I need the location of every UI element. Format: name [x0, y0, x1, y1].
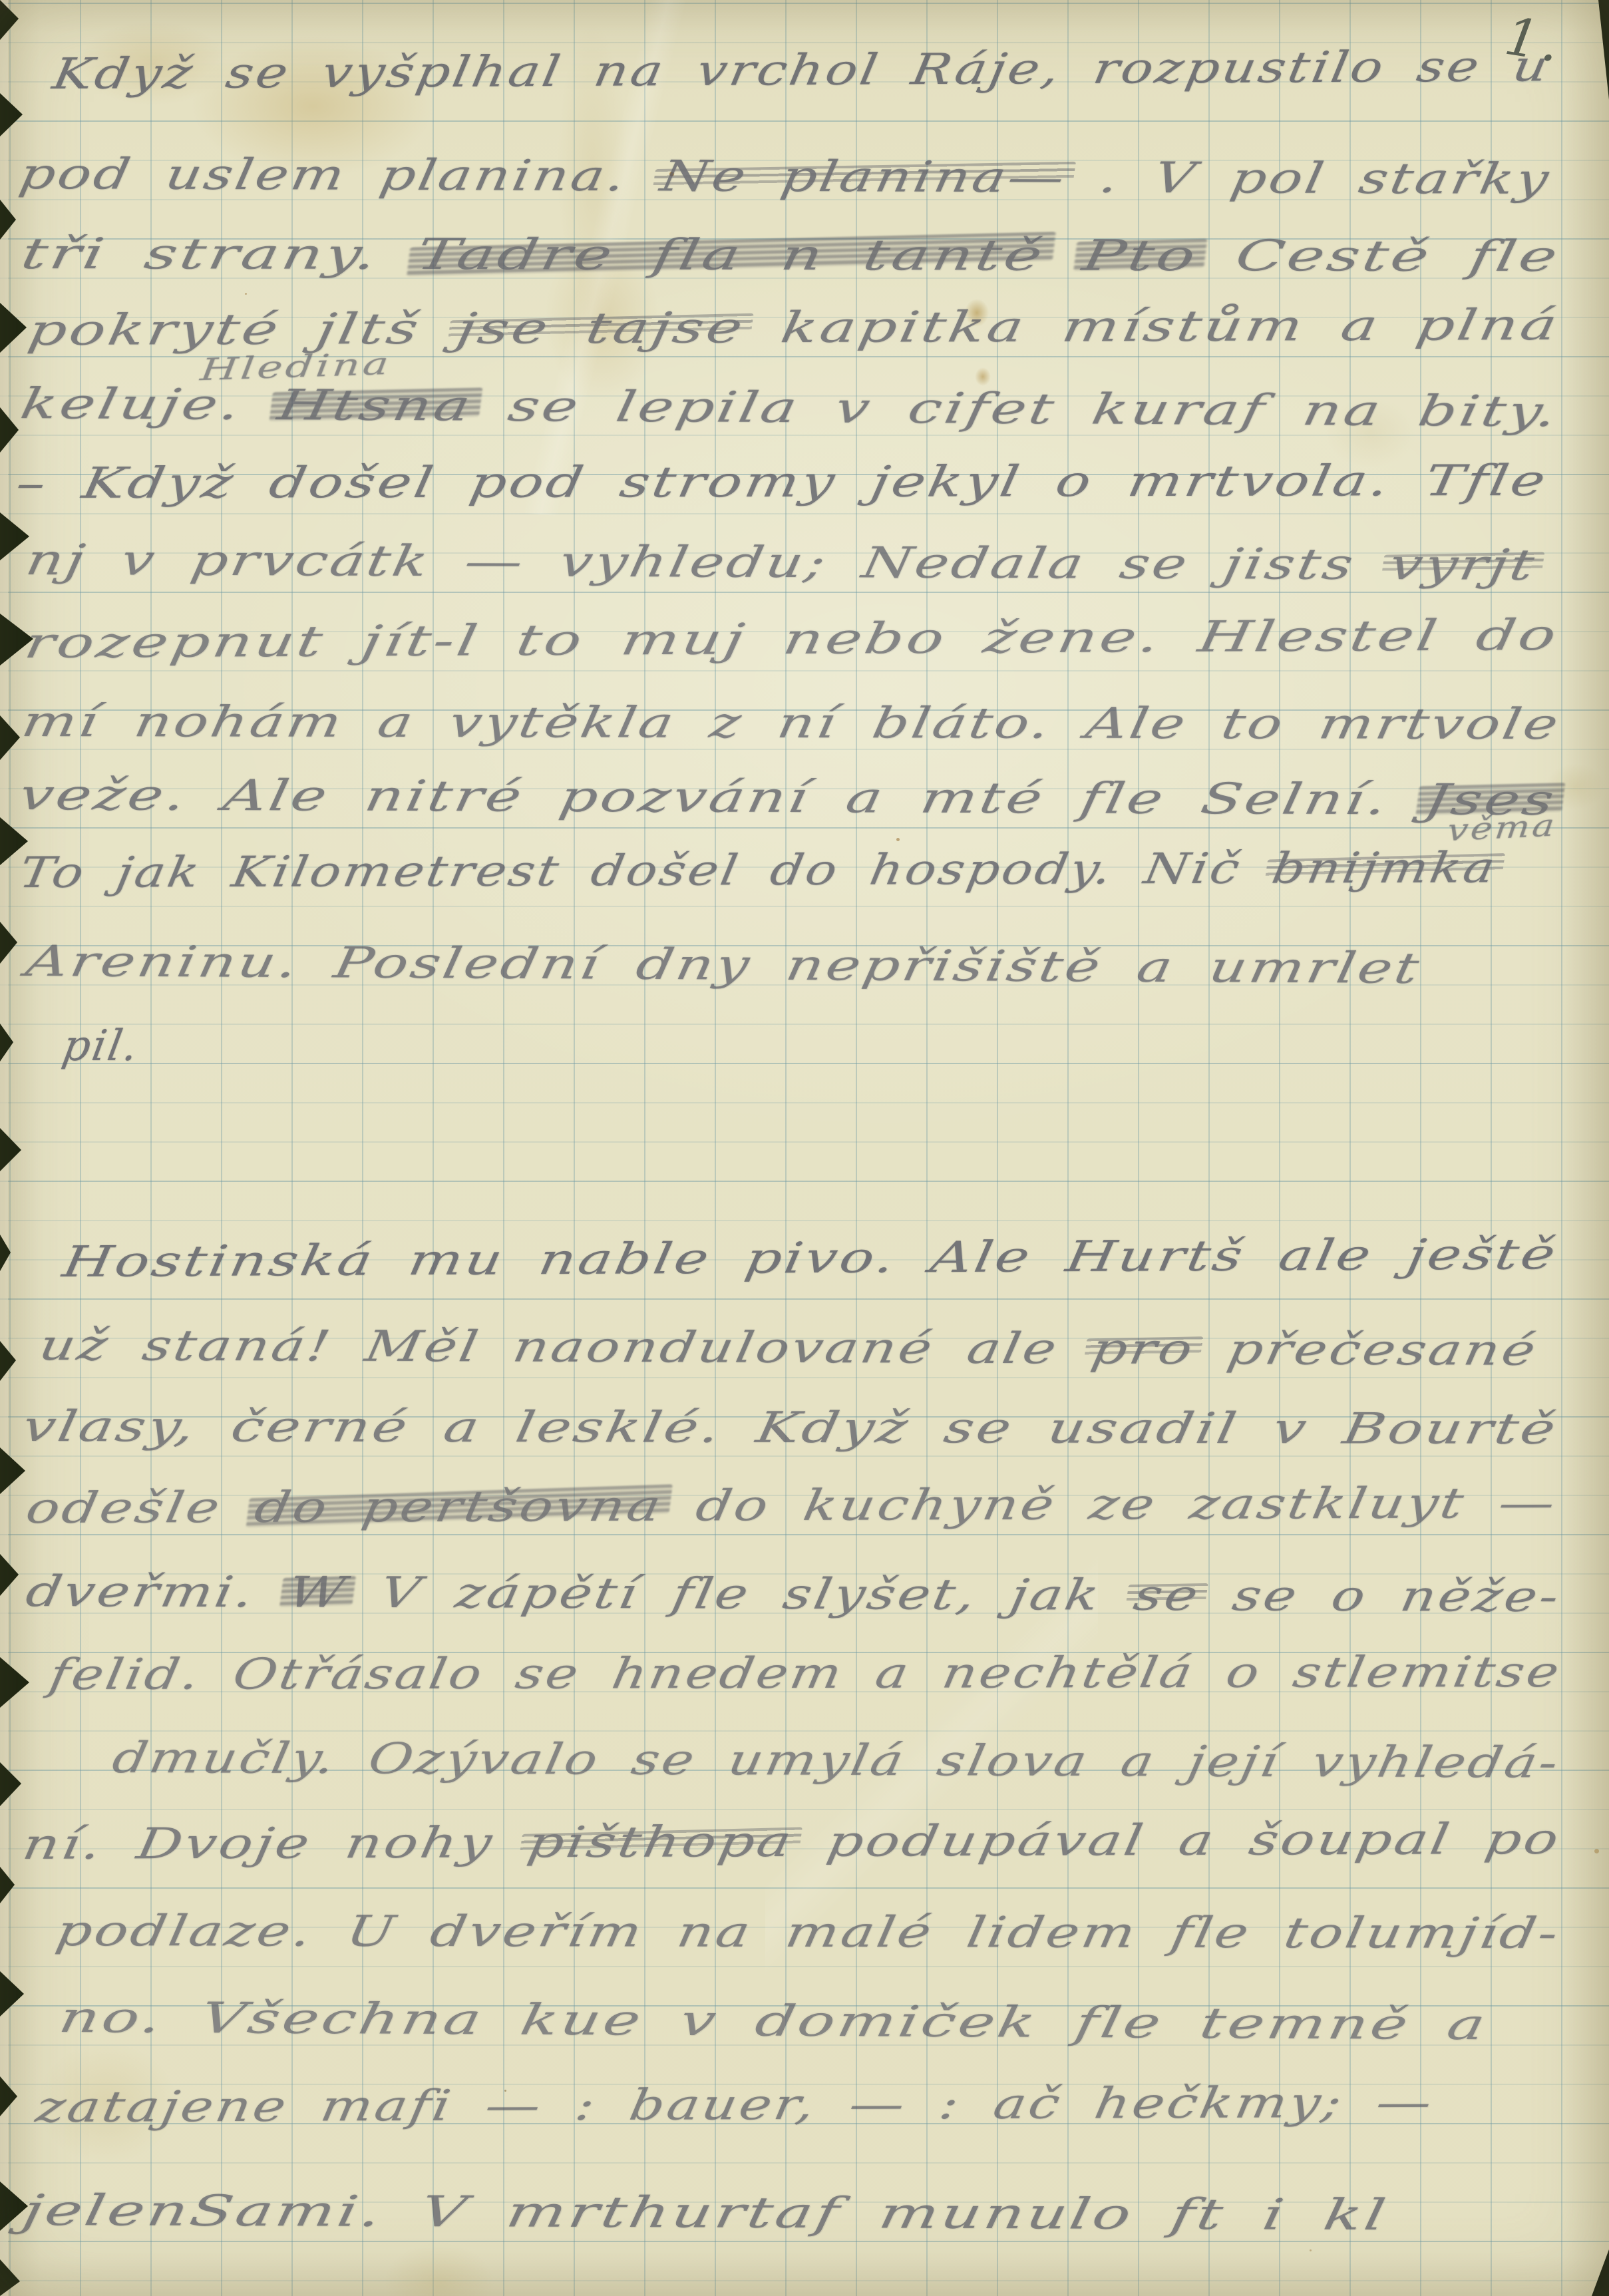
struck-text: pišthopa: [524, 1818, 797, 1867]
handwritten-line: Když se vyšplhal na vrchol Ráje, rozpust…: [49, 42, 1554, 99]
handwritten-text: Když se vyšplhal na vrchol Ráje, rozpust…: [49, 42, 1554, 99]
struck-text: pro: [1087, 1325, 1198, 1374]
handwritten-text: pil.: [59, 1022, 143, 1071]
handwritten-line: pod uslem planina. Ne planina— . V pol s…: [15, 150, 1554, 204]
handwritten-line: no. Všechna kue v domiček fle temně a: [55, 1993, 1491, 2050]
handwritten-text: ní. Dvoje nohy: [19, 1818, 532, 1869]
handwritten-line: veže. Ale nitré pozvání a mté fle Selní.…: [15, 771, 1560, 825]
handwritten-text: odešle: [23, 1483, 260, 1533]
handwritten-text: podlaze. U dveřím na malé lidem fle tolu…: [52, 1907, 1564, 1959]
handwritten-line: dveřmi. W V zápětí fle slyšet, jak se se…: [22, 1567, 1564, 1622]
handwritten-line: odešle do pertšovna do kuchyně ze zastkl…: [23, 1479, 1561, 1533]
scan-corner-shadow: [1592, 2249, 1609, 2296]
handwritten-line: pil.: [59, 1022, 143, 1071]
handwritten-line: jelenSami. V mrthurtaf munulo ft i kl: [19, 2186, 1391, 2240]
inserted-word: Hledina: [198, 351, 202, 387]
handwritten-line: To jak Kilometrest došel do hospody. Nič…: [16, 843, 1501, 898]
handwritten-line: – Když došel pod stromy jekyl o mrtvola.…: [13, 457, 1552, 508]
struck-text: W: [284, 1568, 351, 1617]
handwritten-text: Hostinská mu nable pivo. Ale Hurtš ale j…: [59, 1230, 1562, 1287]
handwritten-text: pod uslem planina.: [15, 150, 665, 201]
handwritten-line: rozepnut jít-l to muj nebo žene. Hlestel…: [21, 611, 1562, 668]
handwritten-text: veže. Ale nitré pozvání a mté fle Selní.: [15, 771, 1429, 825]
handwritten-text: zatajene mafi — : bauer, — : ač hečkmy; …: [33, 2078, 1438, 2132]
handwritten-text: podupával a šoupal po: [789, 1815, 1565, 1867]
handwritten-text: tři strany.: [17, 230, 421, 280]
handwritten-line: felid. Otřásalo se hnedem a nechtělá o s…: [46, 1648, 1565, 1700]
handwritten-text: Cestě fle: [1193, 232, 1564, 282]
struck-text: vyrjt: [1385, 540, 1540, 590]
handwritten-text: nj v prvcátk — vyhledu; Nedala se jists: [22, 536, 1394, 590]
handwritten-text: se lepila v cifet kuraf na bity.: [468, 382, 1563, 437]
struck-text: do pertšovna: [251, 1482, 667, 1533]
struck-text: Htsna: [274, 381, 477, 431]
handwritten-line: Areninu. Poslední dny nepřišiště a umrle…: [22, 937, 1425, 994]
handwritten-line: Hostinská mu nable pivo. Ale Hurtš ale j…: [59, 1230, 1562, 1287]
handwritten-text: no. Všechna kue v domiček fle temně a: [55, 1993, 1491, 2050]
handwritten-text: dmučly. Ozývalo se umylá slova a její vy…: [108, 1734, 1564, 1788]
handwritten-text: pokryté jltš: [25, 305, 462, 355]
struck-text: Tadre fla n tantě: [413, 230, 1049, 281]
handwritten-text: už staná! Měl naondulované ale: [35, 1321, 1096, 1374]
notebook-page: 1. Když se vyšplhal na vrchol Ráje, rozp…: [0, 0, 1609, 2296]
handwritten-text: – Když došel pod stromy jekyl o mrtvola.…: [13, 457, 1552, 508]
handwritten-text: rozepnut jít-l to muj nebo žene. Hlestel…: [21, 611, 1562, 668]
handwritten-line: zatajene mafi — : bauer, — : ač hečkmy; …: [33, 2078, 1438, 2132]
handwritten-line: keluje. HtsnaHledina se lepila v cifet k…: [17, 379, 1562, 437]
handwritten-text: se o něže-: [1195, 1571, 1565, 1622]
handwritten-line: už staná! Měl naondulované ale pro přeče…: [35, 1321, 1541, 1376]
handwritten-line: nj v prvcátk — vyhledu; Nedala se jists …: [22, 536, 1540, 590]
handwritten-text: felid. Otřásalo se hnedem a nechtělá o s…: [46, 1648, 1565, 1700]
handwritten-text: jelenSami. V mrthurtaf munulo ft i kl: [19, 2186, 1391, 2240]
handwritten-text: keluje.: [17, 379, 283, 430]
handwritten-line: mí nohám a vytěkla z ní bláto. Ale to mr…: [18, 697, 1564, 749]
handwritten-line: podlaze. U dveřím na malé lidem fle tolu…: [52, 1907, 1564, 1959]
struck-text: bnijmka: [1268, 843, 1501, 893]
handwritten-text: dveřmi.: [22, 1567, 293, 1617]
struck-text: Pto: [1079, 232, 1202, 281]
struck-text: jse tajse: [452, 303, 749, 354]
handwritten-line: ní. Dvoje nohy pišthopa podupával a šoup…: [19, 1815, 1565, 1869]
handwritten-text: . V pol stařky: [1062, 154, 1555, 204]
handwritten-text: kapitka místům a plná: [741, 301, 1564, 353]
struck-text: se: [1130, 1571, 1204, 1621]
scan-corner-shadow: [1598, 0, 1609, 100]
struck-text: Ne planina—: [657, 152, 1071, 202]
handwritten-line: tři strany. Tadre fla n tantě Pto Cestě …: [17, 230, 1564, 282]
handwritten-text: mí nohám a vytěkla z ní bláto. Ale to mr…: [18, 697, 1564, 749]
handwritten-text: To jak Kilometrest došel do hospody. Nič: [16, 844, 1277, 898]
handwritten-text: Areninu. Poslední dny nepřišiště a umrle…: [22, 937, 1425, 994]
handwritten-text: vlasy, černé a lesklé. Když se usadil v …: [19, 1402, 1561, 1454]
handwritten-text: přečesané: [1190, 1325, 1542, 1376]
handwritten-line: pokryté jltš jse tajse kapitka místům a …: [25, 301, 1564, 355]
handwritten-line: vlasy, černé a lesklé. Když se usadil v …: [19, 1402, 1561, 1454]
handwritten-text: V zápětí fle slyšet, jak: [343, 1569, 1139, 1621]
handwritten-text: do kuchyně ze zastkluyt —: [658, 1479, 1560, 1531]
handwritten-line: dmučly. Ozývalo se umylá slova a její vy…: [108, 1734, 1564, 1788]
